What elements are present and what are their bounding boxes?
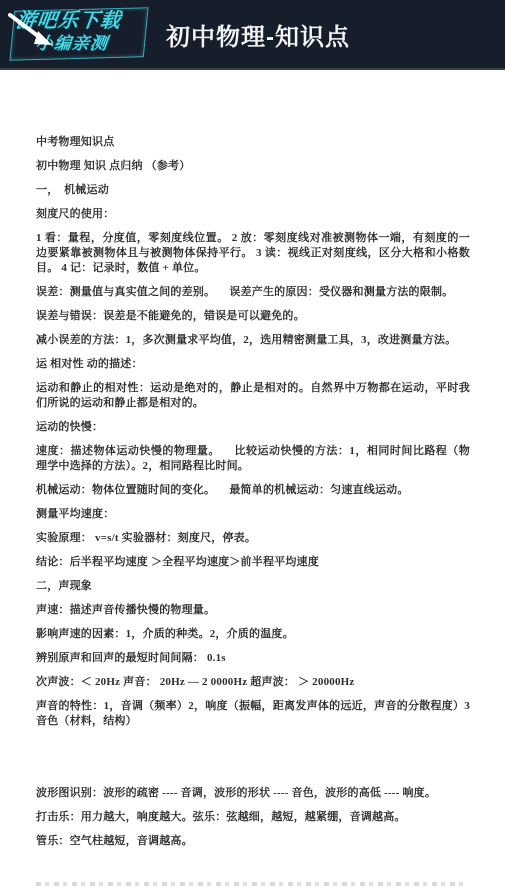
- paragraph: 刻度尺的使用：: [36, 207, 470, 222]
- paragraph: 速度：描述物体运动快慢的物理量。 比较运动快慢的方法：1，相同时间比路程（物理学…: [36, 444, 470, 474]
- paragraph: 运动的快慢：: [36, 420, 470, 435]
- paragraph: 次声波：＜ 20Hz 声音： 20Hz — 2 0000Hz 超声波： ＞ 20…: [36, 675, 470, 690]
- paragraph: 减小误差的方法：1，多次测量求平均值，2，选用精密测量工具，3，改进测量方法。: [36, 333, 470, 348]
- paragraph: 声速：描述声音传播快慢的物理量。: [36, 603, 470, 618]
- paragraph: 一， 机械运动: [36, 183, 470, 198]
- paragraph: 误差与错误：误差是不能避免的，错误是可以避免的。: [36, 309, 470, 324]
- paragraph: 测量平均速度：: [36, 507, 470, 522]
- paragraph: 辨别原声和回声的最短时间间隔： 0.1s: [36, 651, 470, 666]
- paragraph: 声音的特性：1，音调（频率）2，响度（振幅，距离发声体的远近，声音的分散程度）3…: [36, 699, 470, 729]
- paragraph: 管乐：空气柱越短，音调越高。: [36, 834, 470, 849]
- cursor-arrow-icon: [8, 13, 54, 53]
- page-break-gap: [36, 738, 470, 786]
- paragraph: 初中物理 知识 点归纳 （参考）: [36, 159, 470, 174]
- app-header: 游吧乐下载 小编亲测 初中物理-知识点: [0, 0, 505, 70]
- paragraph: 影响声速的因素：1，介质的种类。2，介质的温度。: [36, 627, 470, 642]
- paragraph: 运动和静止的相对性：运动是绝对的，静止是相对的。自然界中万物都在运动，平时我们所…: [36, 381, 470, 411]
- page-title: 初中物理-知识点: [166, 17, 350, 52]
- app-logo-watermark: 游吧乐下载 小编亲测: [10, 5, 148, 63]
- paragraph: 机械运动：物体位置随时间的变化。 最简单的机械运动：匀速直线运动。: [36, 483, 470, 498]
- paragraph: 误差：测量值与真实值之间的差别。 误差产生的原因：受仪器和测量方法的限制。: [36, 285, 470, 300]
- paragraph: 实验原理： v=s/t 实验器材：刻度尺，停表。: [36, 531, 470, 546]
- paragraph: 二，声现象: [36, 579, 470, 594]
- document-page-2: 波形图识别：波形的疏密 ---- 音调，波形的形状 ---- 音色，波形的高低 …: [36, 786, 470, 849]
- paragraph: 结论：后半程平均速度 ＞全程平均速度＞前半程平均速度: [36, 555, 470, 570]
- paragraph: 运 相对性 动的描述：: [36, 357, 470, 372]
- paragraph: 波形图识别：波形的疏密 ---- 音调，波形的形状 ---- 音色，波形的高低 …: [36, 786, 470, 801]
- paragraph: 打击乐：用力越大，响度越大。弦乐：弦越细，越短，越紧绷，音调越高。: [36, 810, 470, 825]
- document-page-1: 中考物理知识点初中物理 知识 点归纳 （参考）一， 机械运动刻度尺的使用：1 看…: [36, 135, 470, 729]
- document-viewer[interactable]: 中考物理知识点初中物理 知识 点归纳 （参考）一， 机械运动刻度尺的使用：1 看…: [0, 70, 505, 887]
- paragraph: 1 看：量程，分度值，零刻度线位置。 2 放：零刻度线对准被测物体一端，有刻度的…: [36, 231, 470, 276]
- clipped-bottom-text-line: [36, 882, 465, 886]
- paragraph: 中考物理知识点: [36, 135, 470, 150]
